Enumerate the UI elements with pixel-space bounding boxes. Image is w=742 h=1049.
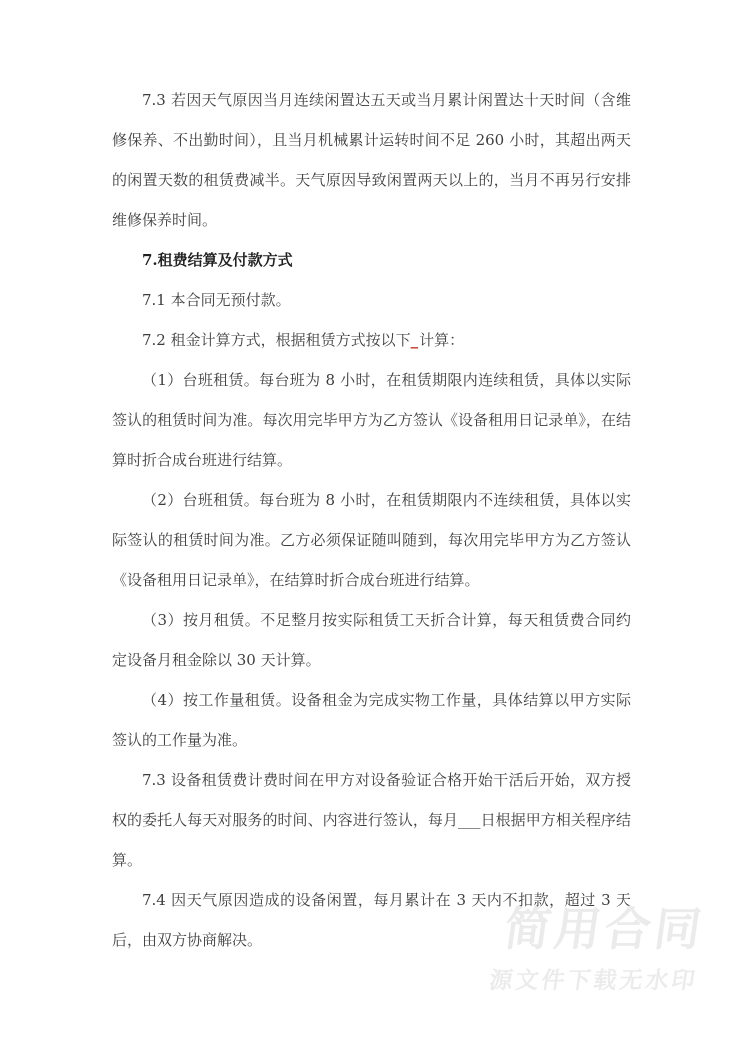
- clause-7-2-rent-calculation: 7.2 租金计算方式，根据租赁方式按以下_计算：: [112, 320, 631, 360]
- clause-7-2-text-suffix: 计算：: [419, 331, 464, 349]
- clause-7-2-red-underscore-blank: _: [411, 331, 420, 349]
- list-item-1-shift-rental-continuous: （1）台班租赁。每台班为 8 小时，在租赁期限内连续租赁，具体以实际签认的租赁时…: [112, 360, 631, 480]
- watermark: 简用合同 源文件下载无水印: [488, 903, 709, 995]
- clause-7-3-billing-time: 7.3 设备租赁费计费时间在甲方对设备验证合格开始干活后开始，双方授权的委托人每…: [112, 760, 631, 880]
- clause-7-1-no-prepayment: 7.1 本合同无预付款。: [112, 280, 631, 320]
- section-heading-7-settlement: 7.租费结算及付款方式: [112, 240, 631, 280]
- watermark-title: 简用合同: [493, 903, 708, 956]
- list-item-3-monthly-rental: （3）按月租赁。不足整月按实际租赁工天折合计算，每天租赁费合同约定设备月租金除以…: [112, 600, 631, 680]
- clause-7-3-weather-idle: 7.3 若因天气原因当月连续闲置达五天或当月累计闲置达十天时间（含维修保养、不出…: [112, 80, 631, 240]
- list-item-4-workload-rental: （4）按工作量租赁。设备租金为完成实物工作量，具体结算以甲方实际签认的工作量为准…: [112, 680, 631, 760]
- clause-7-2-text-prefix: 7.2 租金计算方式，根据租赁方式按以下: [142, 331, 411, 349]
- list-item-2-shift-rental-noncontinuous: （2）台班租赁。每台班为 8 小时，在租赁期限内不连续租赁，具体以实际签认的租赁…: [112, 480, 631, 600]
- contract-page-body: 7.3 若因天气原因当月连续闲置达五天或当月累计闲置达十天时间（含维修保养、不出…: [112, 80, 631, 960]
- clause-7-3-day-blank: ___: [458, 811, 481, 829]
- watermark-subtitle: 源文件下载无水印: [488, 962, 701, 995]
